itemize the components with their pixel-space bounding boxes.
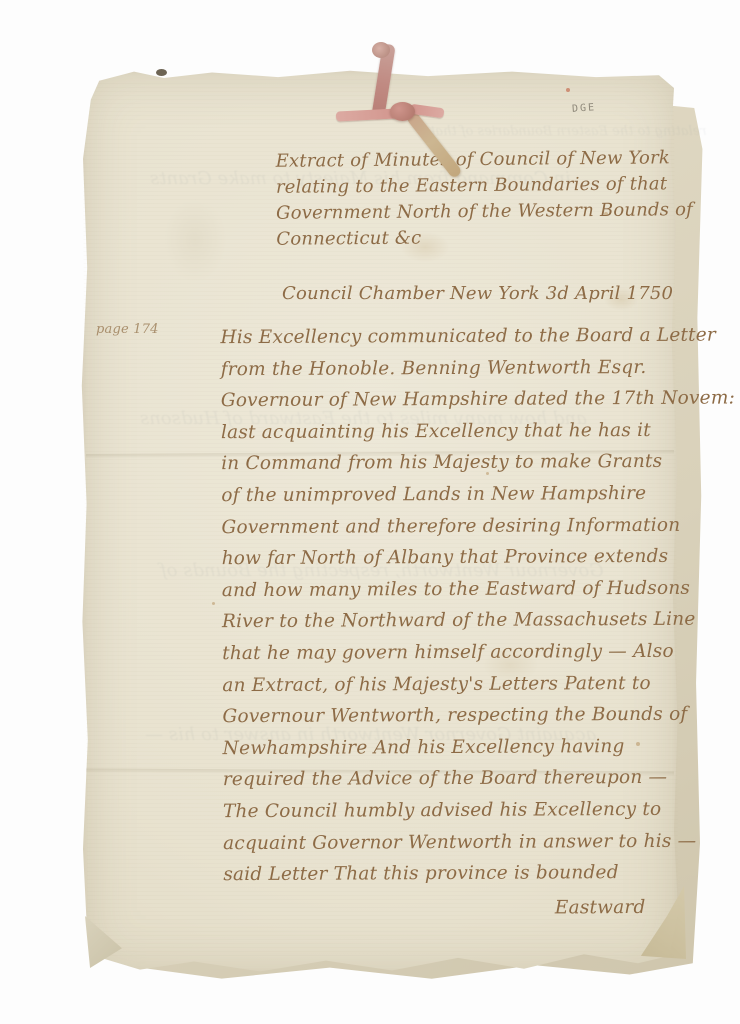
manuscript-line: Government and therefore desiring Inform…: [221, 509, 665, 543]
manuscript-line: last acquainting his Excellency that he …: [221, 415, 665, 449]
manuscript-line: from the Honoble. Benning Wentworth Esqr…: [221, 351, 665, 385]
manuscript-line: in Command from his Majesty to make Gran…: [221, 446, 665, 480]
ribbon-curl: [372, 42, 390, 58]
manuscript-line: Governour of New Hampshire dated the 17t…: [221, 383, 665, 417]
manuscript-line: acquaint Governor Wentworth in answer to…: [223, 825, 667, 859]
manuscript-line: said Letter That this province is bounde…: [223, 857, 667, 891]
foxing-spot: [212, 602, 215, 605]
manuscript-line: Newhampshire And his Excellency having: [223, 731, 667, 765]
catchword: Eastward: [223, 892, 667, 926]
heading-line: Extract of Minutes of Council of New Yor…: [276, 145, 682, 175]
manuscript-line: how far North of Albany that Province ex…: [222, 541, 666, 575]
manuscript-line: required the Advice of the Board thereup…: [223, 762, 667, 796]
dateline: Council Chamber New York 3d April 1750: [282, 283, 673, 304]
heading-line: Connecticut &c: [276, 223, 682, 253]
manuscript-body: His Excellency communicated to the Board…: [220, 320, 667, 926]
pencil-annotation: DGE: [572, 102, 597, 115]
manuscript-line: of the unimproved Lands in New Hampshire: [221, 478, 665, 512]
heading-line: relating to the Eastern Boundaries of th…: [276, 171, 682, 201]
manuscript-line: that he may govern himself accordingly —…: [222, 636, 666, 670]
margin-page-number: page 174: [96, 322, 159, 337]
manuscript-line: River to the Northward of the Massachuse…: [222, 604, 666, 638]
manuscript-line: The Council humbly advised his Excellenc…: [223, 794, 667, 828]
show-through-text: relating to the Eastern Boundaries of th…: [430, 124, 707, 139]
manuscript-line: Governour Wentworth, respecting the Boun…: [222, 699, 666, 733]
photograph-of-manuscript: in Command from his Majesty to make Gran…: [0, 0, 740, 1024]
heading-line: Government North of the Western Bounds o…: [276, 197, 682, 227]
torn-notch: [156, 69, 167, 76]
red-speck: [566, 88, 570, 92]
manuscript-line: an Extract, of his Majesty's Letters Pat…: [222, 667, 666, 701]
manuscript-line: His Excellency communicated to the Board…: [220, 320, 664, 354]
document-heading: Extract of Minutes of Council of New Yor…: [276, 145, 683, 253]
manuscript-line: and how many miles to the Eastward of Hu…: [222, 573, 666, 607]
